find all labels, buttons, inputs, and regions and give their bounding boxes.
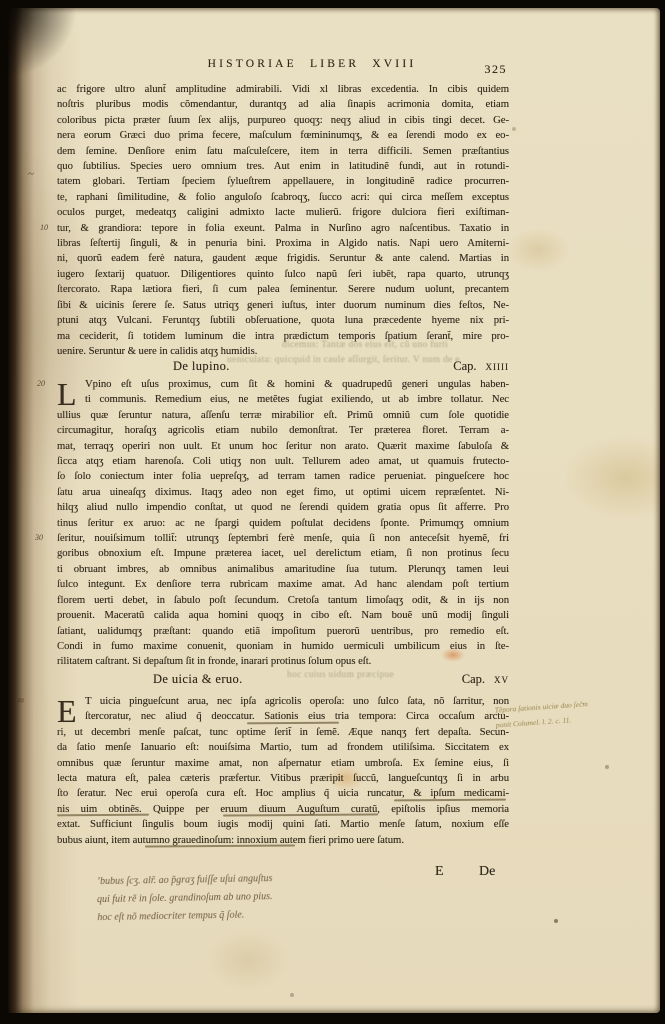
text-line: extat. Sufficiunt ſingulis boum iugis mo… bbox=[57, 817, 509, 832]
chapter-heading-uicia: De uicia & eruo. bbox=[153, 672, 243, 687]
text-line: circumagitur, horaſqʒ agricolis etiam nu… bbox=[57, 423, 509, 438]
text-block-napi: ac frigore ultro alunt̃ amplitudine admi… bbox=[57, 82, 509, 359]
cap-number: xiiii bbox=[486, 359, 510, 373]
text-line: ſicca atqʒ etiam harenoſa. Coli utiqʒ no… bbox=[57, 454, 509, 469]
text-line: ti obruant imbres, ab omnibus animalibus… bbox=[57, 562, 509, 577]
margin-line-number-20: 20 bbox=[37, 379, 45, 388]
handwritten-note-right: Tẽpora ſationis uiciæ duo ſec̃mponit Col… bbox=[494, 689, 665, 732]
text-block-uicia: T uicia pingueſcunt arua, nec ipſa agric… bbox=[57, 694, 509, 848]
text-line: ſibi & uicinis ſerere ſe. Satus utriqʒ g… bbox=[57, 298, 509, 313]
text-line: ſatiant, ualidumqʒ præſtant: quando etiã… bbox=[57, 624, 509, 639]
catchword: De bbox=[479, 864, 495, 880]
text-line: ſo ſolo coniectum inter folia uepreſqʒ, … bbox=[57, 469, 509, 484]
cap-label: Cap. bbox=[453, 359, 476, 373]
text-line: goribus obnoxium eſt. Impune præterea ia… bbox=[57, 546, 509, 561]
ink-caret-mark: ~ bbox=[28, 168, 34, 180]
text-line: nera eorum Græci duo prima fecere, maſcu… bbox=[57, 128, 509, 143]
text-line: uenire. Seruntur & uere in calidis atqʒ … bbox=[57, 344, 509, 359]
handwriting-line: ʼbubus ſcʒ. alr̃. ao p̃graʒ fuiſſe uſui … bbox=[97, 867, 457, 891]
text-line: ac frigore ultro alunt̃ amplitudine admi… bbox=[57, 82, 509, 97]
text-line: T uicia pingueſcunt arua, nec ipſa agric… bbox=[57, 694, 509, 709]
text-line: Vpino eſt uſus proximus, cum ſit & homin… bbox=[57, 377, 509, 392]
text-line: ſtercorato. Rapa lætiora fieri, ſi cum p… bbox=[57, 282, 509, 297]
book-photo: dicemus: Tantæ dos eius eſt, cũ uno furt… bbox=[0, 0, 665, 1024]
page-header: HISTORIAE LIBER XVIII 325 bbox=[57, 58, 509, 76]
paper-specks bbox=[8, 8, 10, 10]
text-line: ptuni atqʒ Vulcani. Feruntqʒ ſubtili obſ… bbox=[57, 313, 509, 328]
text-line: florem uerti debet, in ſabulo poſt ſecun… bbox=[57, 593, 509, 608]
ink-smudge bbox=[441, 648, 465, 662]
handwriting-line: Tẽpora ſationis uiciæ duo ſec̃m bbox=[494, 689, 665, 717]
text-line: lecta matura eſt, palea cæteris præfertu… bbox=[57, 771, 509, 786]
chapter-heading-row-lupino: De lupino. Cap.xiiii bbox=[57, 359, 509, 376]
text-line: iugero ſextarij quatuor. Diligentiores q… bbox=[57, 267, 509, 282]
chapter-heading-row-uicia: De uicia & eruo. Cap.xv bbox=[57, 672, 509, 689]
handwriting-line: qui fuit rẽ in ſole. grandinoſum ab uno … bbox=[97, 885, 457, 909]
text-line: dem ſemine. Denſiore enim ſatu maſculeſc… bbox=[57, 144, 509, 159]
text-line: ri, ut decembri menſe paſcat, tunc optim… bbox=[57, 725, 509, 740]
text-line: ti communis. Remedium eius, ne metẽtes f… bbox=[57, 392, 509, 407]
text-line: ma ceciderit, ſi totidem luminum die int… bbox=[57, 329, 509, 344]
chapter-heading-lupino: De lupino. bbox=[173, 359, 230, 374]
text-line: mat, terraqʒ operiri non uult. Et unum h… bbox=[57, 439, 509, 454]
handwritten-note-bottom: ʼbubus ſcʒ. alr̃. ao p̃graʒ fuiſſe uſui … bbox=[97, 867, 458, 927]
chapter-cap-lupino: Cap.xiiii bbox=[453, 359, 509, 374]
text-block-lupino: Vpino eſt uſus proximus, cum ſit & homin… bbox=[57, 377, 509, 670]
page-number: 325 bbox=[485, 62, 508, 77]
handwriting-line: ponit Columel. l. 2. c. 11. bbox=[495, 704, 665, 732]
text-line: libras ſeſtertij ſinguli, & in penuria b… bbox=[57, 236, 509, 251]
text-line: te, raphani ſimilitudine, & folio angulo… bbox=[57, 190, 509, 205]
signature-mark: E bbox=[435, 864, 444, 880]
text-line: ſulco integunt. Ex denſiore terra rubric… bbox=[57, 577, 509, 592]
book-page: dicemus: Tantæ dos eius eſt, cũ uno furt… bbox=[8, 8, 660, 1013]
text-line: quo ſubtilius. Species uero omnium tres.… bbox=[57, 159, 509, 174]
text-line: tinus ſeritur ex aruo: ac ne ſpargi quid… bbox=[57, 516, 509, 531]
margin-line-number-10: 10 bbox=[40, 223, 48, 232]
cap-number: xv bbox=[494, 672, 509, 686]
text-line: omnibus quæ ſeruntur maxime amat, non aſ… bbox=[57, 756, 509, 771]
text-line: da ſatio menſe Ianuario eſt: nouiſsima M… bbox=[57, 740, 509, 755]
ink-flourish-mark: ≈ bbox=[18, 695, 24, 707]
text-line: coloribus picta præter ſuum ſex alijs, p… bbox=[57, 113, 509, 128]
text-line: noſtris pluribus modis cõmendantur, dura… bbox=[57, 97, 509, 112]
text-line: prouenit. Maceratũ calida aqua homini qu… bbox=[57, 608, 509, 623]
text-line: oculos purget, medeatqʒ caligini admixto… bbox=[57, 205, 509, 220]
text-line: ullius quæ ſeruntur natura, aſſenſu terr… bbox=[57, 408, 509, 423]
text-line: ſatu arua uineaſqʒ diximus. Itaqʒ adeo n… bbox=[57, 485, 509, 500]
text-line: ni, quorũ eadem ferè natura, gaudent æqu… bbox=[57, 251, 509, 266]
text-line: tur, & grandiora: tepore in folia exeunt… bbox=[57, 221, 509, 236]
text-line: tatem globari. Tertiam ſpeciem ſylueſtre… bbox=[57, 174, 509, 189]
text-area: HISTORIAE LIBER XVIII 325 ac frigore ult… bbox=[57, 8, 509, 1013]
handwriting-line: hoc eſt nõ mediocriter tempus q̃ ſole. bbox=[97, 903, 457, 927]
cap-label: Cap. bbox=[462, 672, 485, 686]
margin-line-number-30: 30 bbox=[35, 533, 43, 542]
text-line: hilqʒ aliud nullo impendio conſtat, ut q… bbox=[57, 500, 509, 515]
running-title: HISTORIAE LIBER XVIII bbox=[208, 58, 417, 70]
chapter-cap-uicia: Cap.xv bbox=[462, 672, 509, 687]
text-line: ſeritur, nouiſsimum tollit̃: utrunqʒ ſep… bbox=[57, 531, 509, 546]
